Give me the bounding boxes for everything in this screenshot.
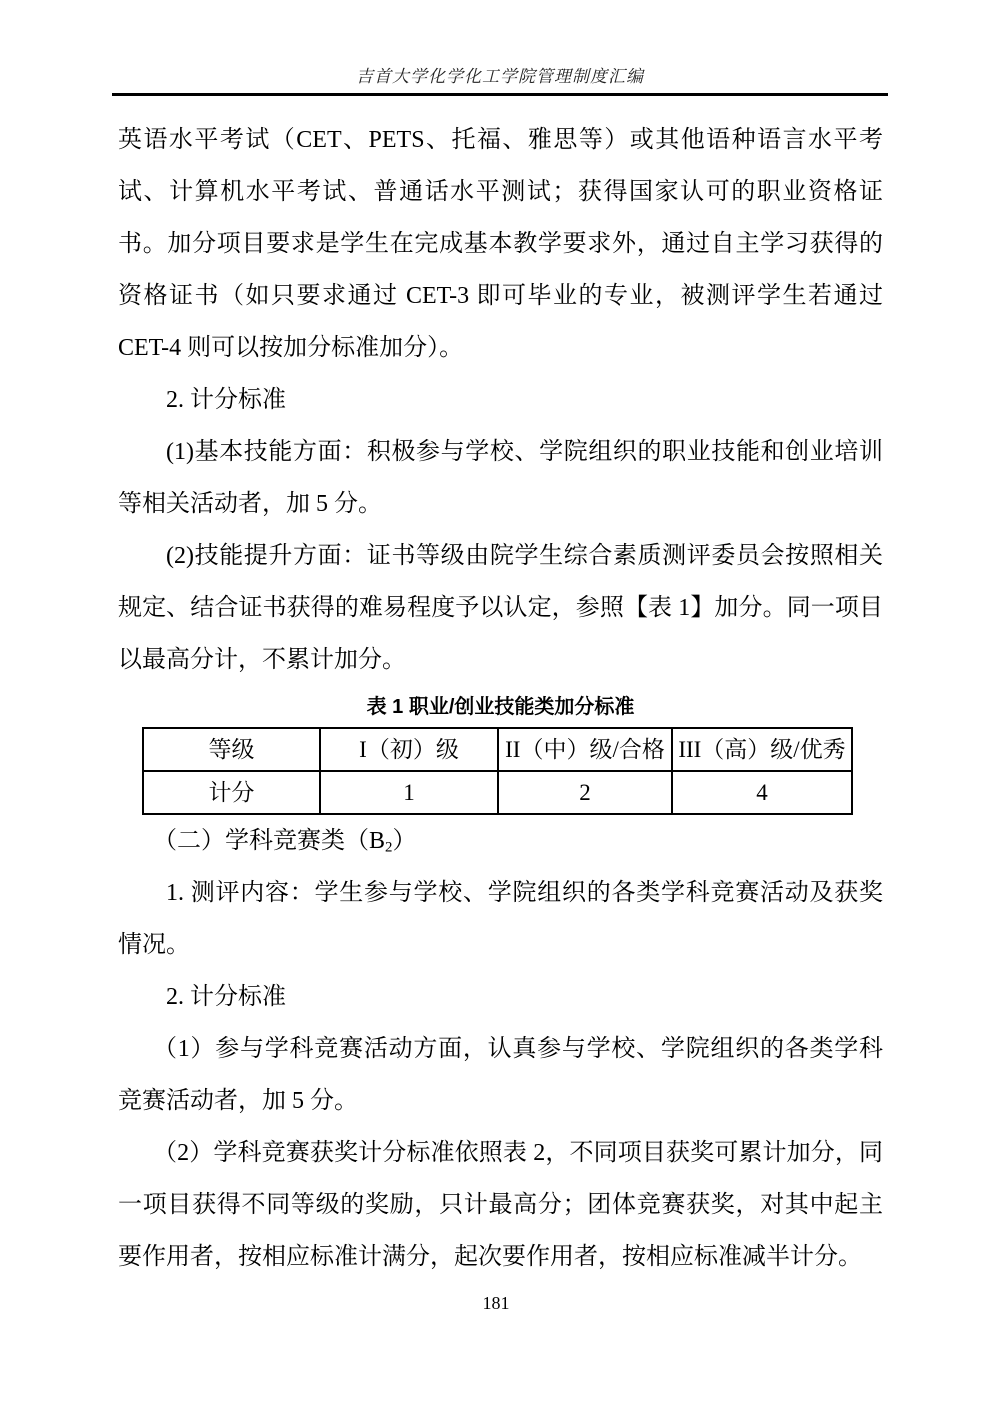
paragraph-evaluation-content: 1. 测评内容：学生参与学校、学院组织的各类学科竞赛活动及获奖情况。 — [118, 867, 883, 971]
cell-grade-label: 等级 — [143, 728, 320, 771]
heading-section-b2: （二）学科竞赛类（B2） — [118, 815, 883, 867]
heading-scoring-standard-1: 2. 计分标准 — [118, 374, 883, 426]
skill-bonus-table: 等级 I（初）级 II（中）级/合格 III（高）级/优秀 计分 1 2 4 — [142, 727, 853, 815]
document-header-title: 吉首大学化学化工学院管理制度汇编 — [112, 62, 888, 87]
page-header: 吉首大学化学化工学院管理制度汇编 — [112, 0, 888, 96]
cell-score-level2: 2 — [498, 771, 672, 814]
paragraph-basic-skills: (1)基本技能方面：积极参与学校、学院组织的职业技能和创业培训等相关活动者，加 … — [118, 426, 883, 530]
paragraph-competition-awards: （2）学科竞赛获奖计分标准依照表 2，不同项目获奖可累计加分，同一项目获得不同等… — [118, 1127, 883, 1283]
document-body: 英语水平考试（CET、PETS、托福、雅思等）或其他语种语言水平考试、计算机水平… — [118, 114, 883, 1283]
cell-grade-level3: III（高）级/优秀 — [672, 728, 852, 771]
paragraph-english-exams: 英语水平考试（CET、PETS、托福、雅思等）或其他语种语言水平考试、计算机水平… — [118, 114, 883, 374]
cell-score-level3: 4 — [672, 771, 852, 814]
cell-score-label: 计分 — [143, 771, 320, 814]
section-b2-prefix: （二）学科竞赛类（B — [153, 828, 385, 854]
page-footer: 181 — [0, 1293, 992, 1314]
paragraph-competition-participation: （1）参与学科竞赛活动方面，认真参与学校、学院组织的各类学科竞赛活动者，加 5 … — [118, 1023, 883, 1127]
paragraph-skill-improvement: (2)技能提升方面：证书等级由院学生综合素质测评委员会按照相关规定、结合证书获得… — [118, 530, 883, 686]
cell-score-level1: 1 — [320, 771, 498, 814]
heading-scoring-standard-2: 2. 计分标准 — [118, 971, 883, 1023]
table-row-grade: 等级 I（初）级 II（中）级/合格 III（高）级/优秀 — [143, 728, 852, 771]
cell-grade-level1: I（初）级 — [320, 728, 498, 771]
table1-caption: 表 1 职业/创业技能类加分标准 — [118, 689, 883, 725]
table-row-score: 计分 1 2 4 — [143, 771, 852, 814]
cell-grade-level2: II（中）级/合格 — [498, 728, 672, 771]
page-number: 181 — [483, 1293, 510, 1313]
section-b2-suffix: ） — [392, 828, 416, 854]
